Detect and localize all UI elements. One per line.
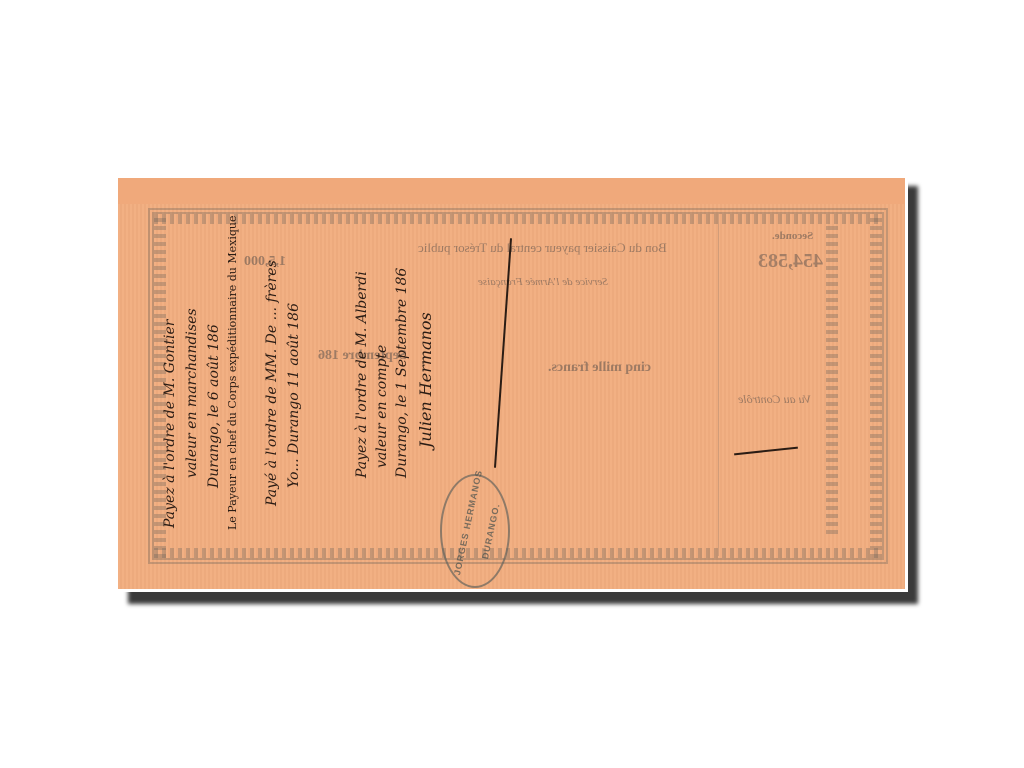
greek-border-top (154, 214, 882, 224)
column-divider (718, 214, 719, 556)
endorsement-2: valeur en marchandises (184, 308, 200, 478)
endorsement-5: Payé à l'ordre de MM. De ... frères (264, 260, 280, 506)
top-strip (118, 178, 905, 204)
serial-number: 454,583 (758, 250, 823, 273)
endorsement-4: Le Payeur en chef du Corps expéditionnai… (226, 215, 239, 530)
greek-border-right (870, 214, 882, 558)
printed-header: Bon du Caissier payeur central du Trésor… (418, 240, 667, 256)
endorsement-8: valeur en compte (374, 345, 390, 468)
printed-serial-label: Seconde. (772, 230, 813, 242)
bill-of-exchange: Bon du Caissier payeur central du Trésor… (118, 178, 908, 592)
printed-control: Vu au Contrôle (738, 392, 811, 407)
endorsement-signature: Julien Hermanos (416, 312, 435, 448)
printed-service: Service de l'Armée Française (478, 276, 608, 288)
endorsement-7: Payez à l'ordre de M. Alberdi (354, 271, 370, 478)
endorsement-1: Payez à l'ordre de M. Gontier (162, 320, 178, 528)
greek-border-inner (826, 224, 838, 534)
printed-amount-words: cinq mille francs. (548, 360, 651, 376)
endorsement-9: Durango, le 1 Septembre 186 (394, 268, 410, 478)
endorsement-3: Durango, le 6 août 186 (206, 324, 222, 488)
greek-border-bottom (154, 548, 882, 558)
endorsement-6: Yo... Durango 11 août 186 (286, 303, 302, 488)
